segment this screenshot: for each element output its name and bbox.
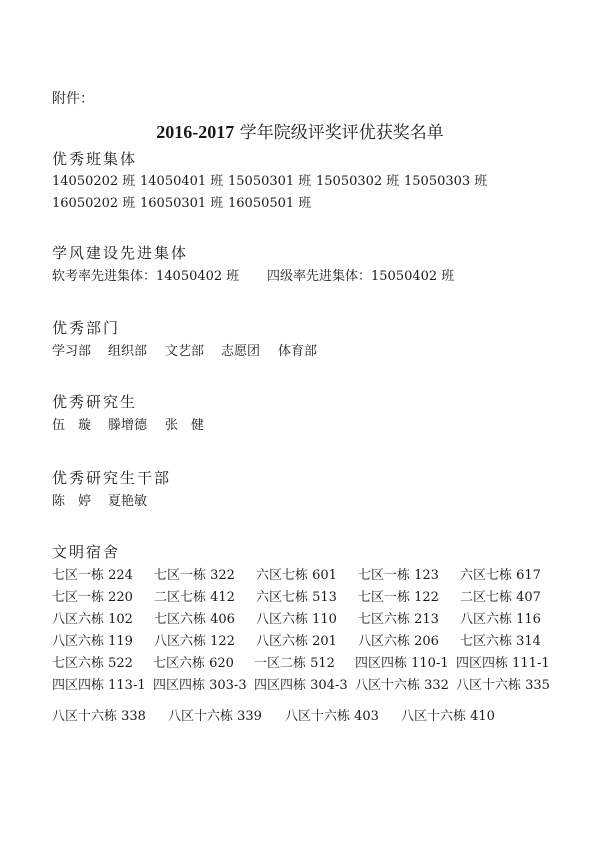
- list-item: 八区十六栋 410: [401, 705, 495, 724]
- list-item: 七区六栋 213: [358, 608, 439, 627]
- list-item: 八区十六栋 403: [285, 705, 379, 724]
- list-item: 六区七栋 601: [256, 564, 337, 583]
- list-item: 七区六栋 406: [154, 608, 235, 627]
- section-heading-excellent-class: 优秀班集体: [52, 148, 137, 169]
- section-heading-excellent-dept: 优秀部门: [52, 317, 120, 338]
- list-item: 六区七栋 617: [460, 564, 541, 583]
- list-item: 八区六栋 201: [256, 630, 337, 649]
- list-item: 四区四栋 303-3: [153, 674, 247, 693]
- section-heading-excellent-grad-cadre: 优秀研究生干部: [52, 467, 171, 488]
- document-title: 2016-2017 学年院级评奖评优获奖名单: [0, 118, 600, 143]
- list-item: 16050501 班: [228, 192, 311, 211]
- list-item: 七区六栋 620: [153, 652, 234, 671]
- title-year: 2016-2017: [156, 122, 234, 142]
- list-item: 文艺部: [165, 340, 204, 359]
- section-heading-civilized-dorm: 文明宿舍: [52, 541, 120, 562]
- section-heading-study-style: 学风建设先进集体: [52, 242, 188, 263]
- list-item: 15050303 班: [404, 170, 487, 189]
- list-item: 体育部: [278, 340, 317, 359]
- list-item: 七区一栋 122: [358, 586, 439, 605]
- list-item: 四区四栋 111-1: [456, 652, 550, 671]
- list-item: 16050301 班: [140, 192, 223, 211]
- list-item: 二区七栋 412: [154, 586, 235, 605]
- list-item: 16050202 班: [52, 192, 135, 211]
- title-text: 学年院级评奖评优获奖名单: [234, 123, 443, 143]
- list-item: 七区一栋 224: [52, 564, 133, 583]
- list-item: 八区六栋 102: [52, 608, 133, 627]
- list-item: 志愿团: [221, 340, 260, 359]
- list-item: 软考率先进集体：14050402 班: [52, 265, 239, 284]
- attachment-label: 附件：: [52, 88, 94, 108]
- list-item: 八区六栋 122: [154, 630, 235, 649]
- list-item: 二区七栋 407: [460, 586, 541, 605]
- list-item: 六区七栋 513: [256, 586, 337, 605]
- list-item: 14050401 班: [140, 170, 223, 189]
- list-item: 八区十六栋 339: [168, 705, 262, 724]
- list-item: 八区十六栋 338: [52, 705, 146, 724]
- list-item: 八区六栋 206: [358, 630, 439, 649]
- list-item: 四区四栋 304-3: [254, 674, 348, 693]
- list-item: 七区一栋 322: [154, 564, 235, 583]
- list-item: 张 健: [165, 414, 204, 433]
- list-item: 四区四栋 113-1: [52, 674, 146, 693]
- list-item: 八区六栋 116: [460, 608, 541, 627]
- list-item: 伍 璇: [52, 414, 91, 433]
- list-item: 学习部: [52, 340, 91, 359]
- list-item: 七区一栋 123: [358, 564, 439, 583]
- list-item: 七区六栋 314: [460, 630, 541, 649]
- list-item: 滕增德: [108, 414, 147, 433]
- list-item: 夏艳敏: [108, 490, 147, 509]
- list-item: 八区六栋 119: [52, 630, 133, 649]
- list-item: 七区六栋 522: [52, 652, 133, 671]
- list-item: 四级率先进集体：15050402 班: [267, 265, 454, 284]
- list-item: 15050302 班: [316, 170, 399, 189]
- list-item: 八区六栋 110: [256, 608, 337, 627]
- list-item: 七区一栋 220: [52, 586, 133, 605]
- list-item: 八区十六栋 335: [456, 674, 550, 693]
- list-item: 八区十六栋 332: [355, 674, 449, 693]
- list-item: 组织部: [108, 340, 147, 359]
- section-heading-excellent-grad: 优秀研究生: [52, 391, 137, 412]
- list-item: 陈 婷: [52, 490, 91, 509]
- list-item: 14050202 班: [52, 170, 135, 189]
- list-item: 四区四栋 110-1: [355, 652, 449, 671]
- list-item: 一区二栋 512: [254, 652, 335, 671]
- list-item: 15050301 班: [228, 170, 311, 189]
